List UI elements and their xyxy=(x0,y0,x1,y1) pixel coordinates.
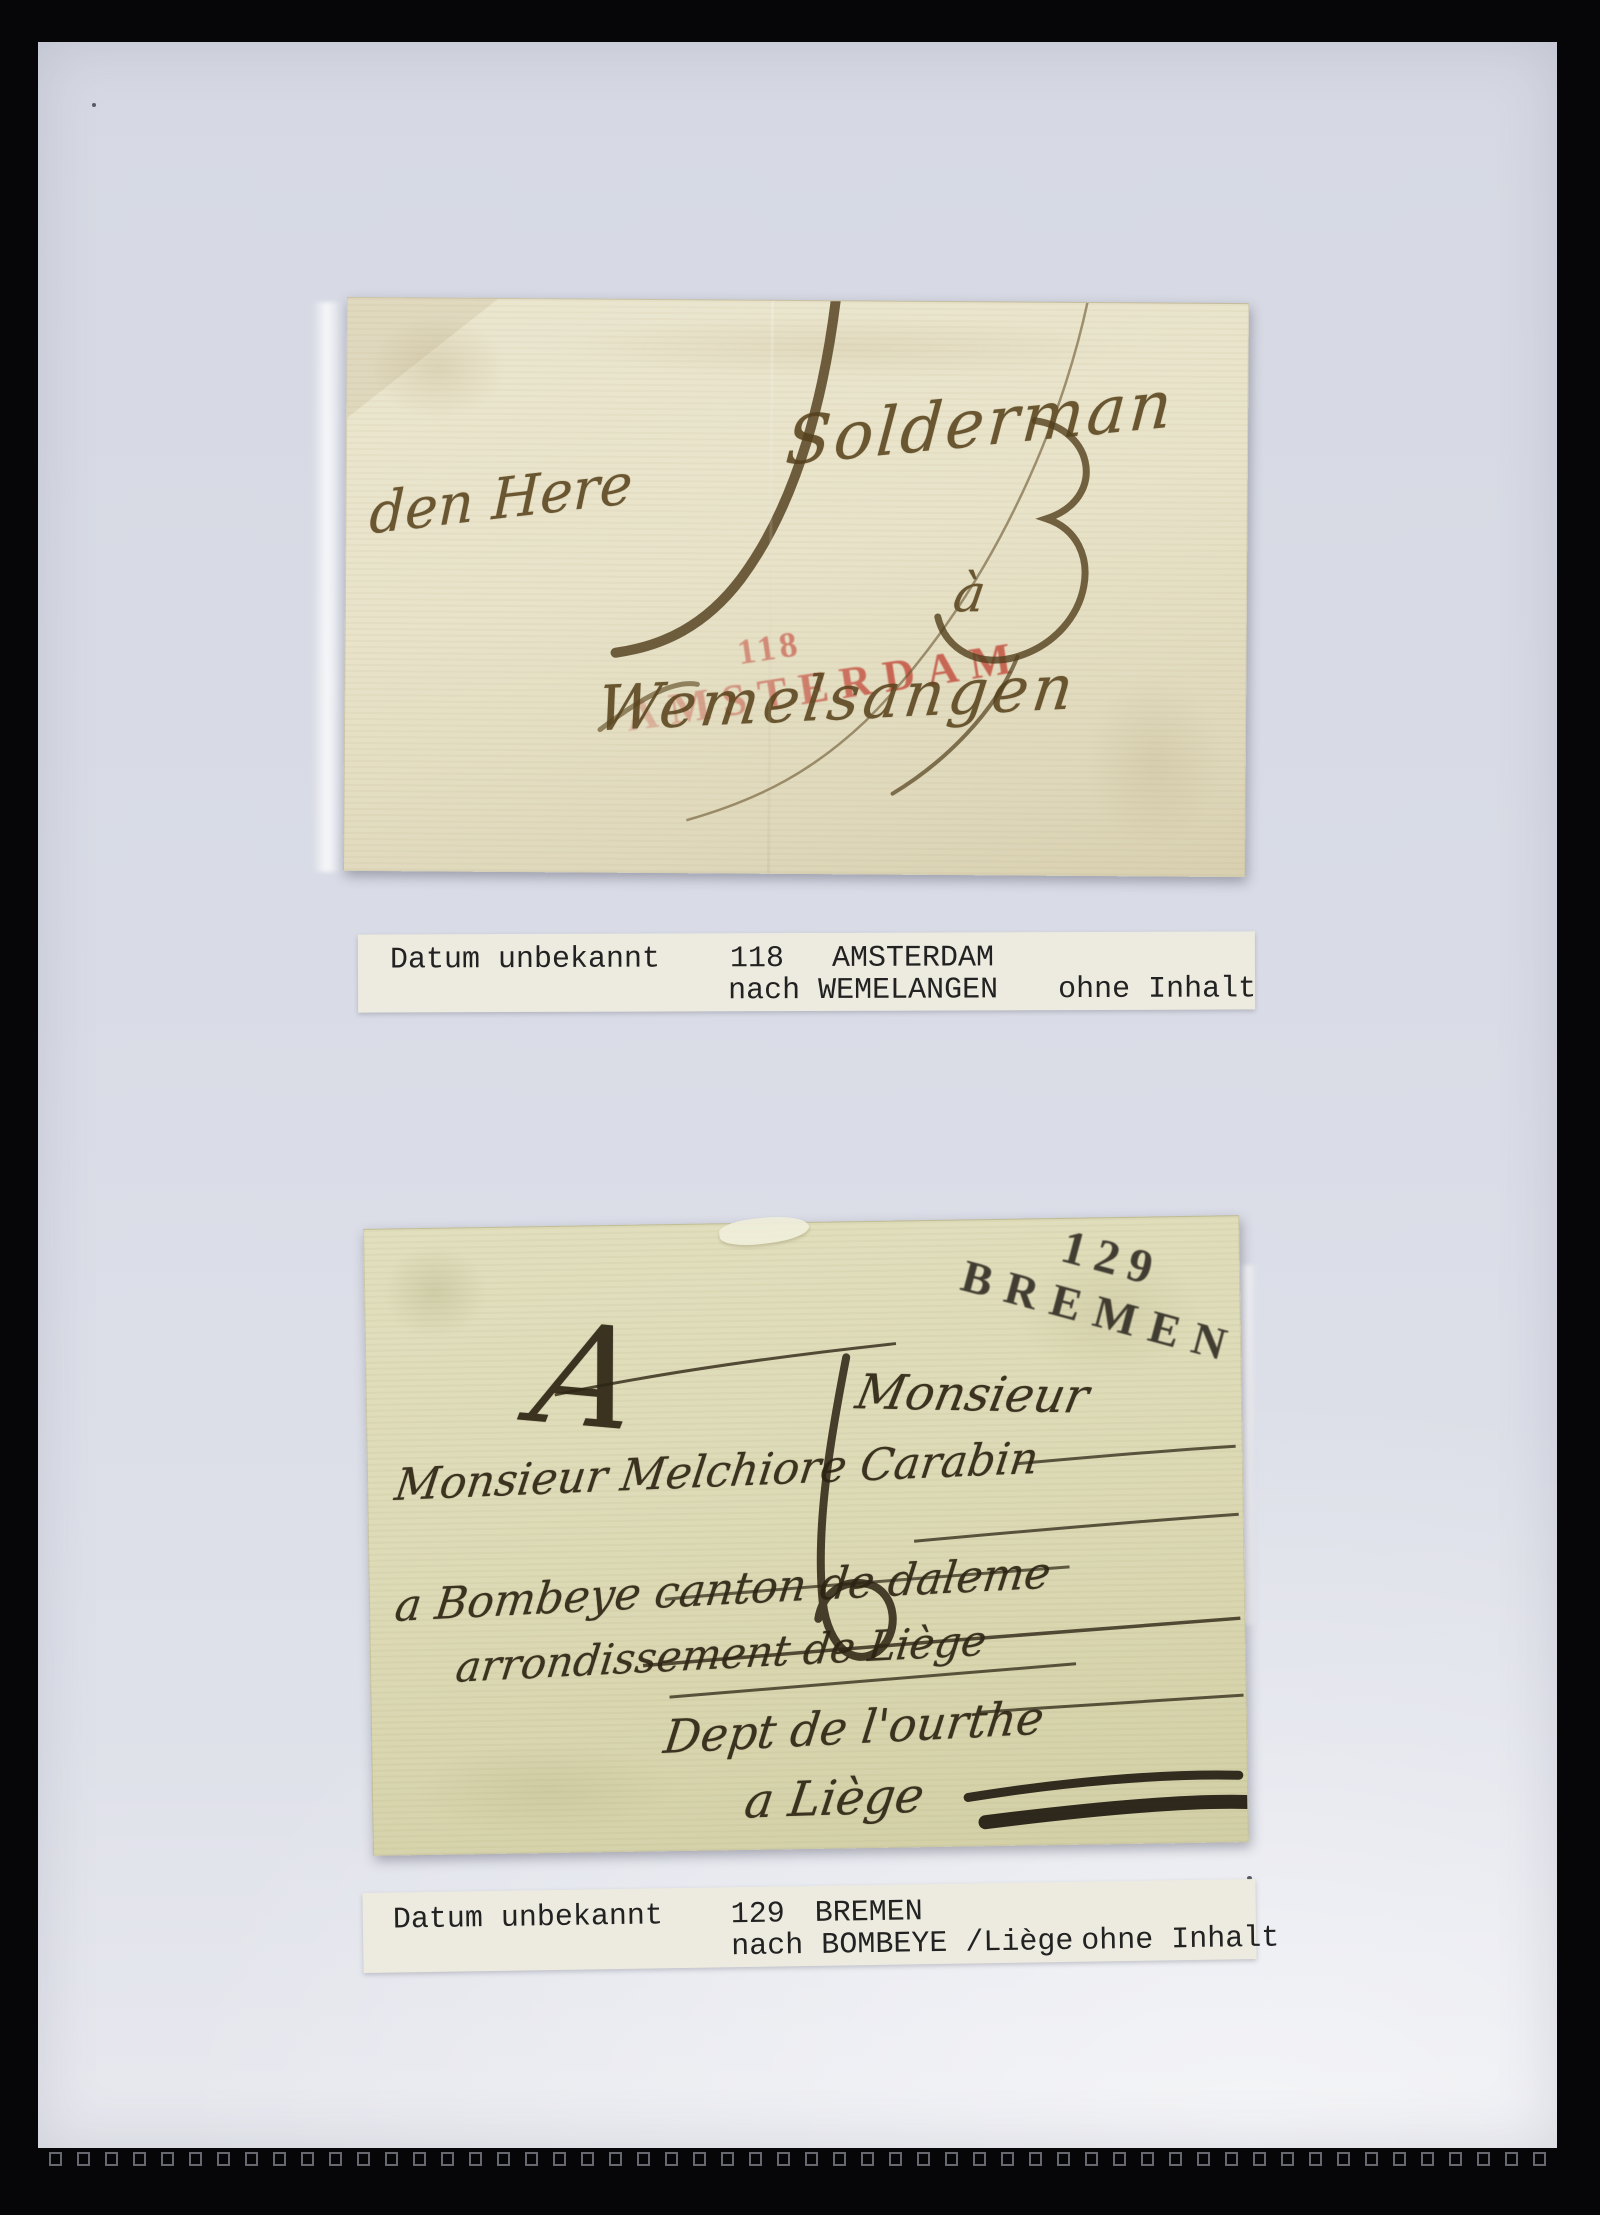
sleeve-reflection xyxy=(312,302,342,872)
caption-destination: nach WEMELANGEN xyxy=(728,974,998,1007)
caption-date: Datum unbekannt xyxy=(390,944,660,977)
caption-city: AMSTERDAM xyxy=(832,942,994,975)
caption-destination: nach BOMBEYE /Liège xyxy=(731,1926,1074,1963)
amsterdam-cover: 118 AMSTERDAM den Here Solderman à Wemel… xyxy=(343,297,1249,877)
address-line-name: Solderman xyxy=(783,365,1177,481)
postmark-bremen: 129 BREMEN xyxy=(956,1196,1254,1373)
binder-perforation-strip xyxy=(42,2152,1550,2166)
caption-amsterdam: Datum unbekannt 118 AMSTERDAM nach WEMEL… xyxy=(358,931,1255,1012)
address-big-a: A xyxy=(521,1293,653,1463)
address-salutation: Monsieur xyxy=(851,1364,1093,1424)
address-line-5: a Liège xyxy=(741,1767,928,1829)
caption-content-note: ohne Inhalt xyxy=(1081,1923,1280,1958)
address-line-3: arrondissement de Liège xyxy=(453,1616,989,1692)
caption-content-note: ohne Inhalt xyxy=(1058,973,1256,1006)
address-line-den-here: den Here xyxy=(369,451,634,547)
address-line-1: Monsieur Melchiore Carabin xyxy=(392,1433,1042,1511)
address-line-4: Dept de l'ourthe xyxy=(661,1690,1047,1764)
caption-bremen: Datum unbekannt 129 BREMEN nach BOMBEYE … xyxy=(362,1879,1256,1973)
dust-speck xyxy=(92,103,96,107)
caption-date: Datum unbekannt xyxy=(393,1900,664,1936)
caption-city: BREMEN xyxy=(815,1896,924,1930)
caption-number: 118 xyxy=(730,943,784,975)
bremen-cover: 129 BREMEN A Monsieur Monsieur Melchiore… xyxy=(363,1215,1249,1856)
caption-number: 129 xyxy=(731,1898,786,1931)
album-photo: 118 AMSTERDAM den Here Solderman à Wemel… xyxy=(0,0,1600,2215)
